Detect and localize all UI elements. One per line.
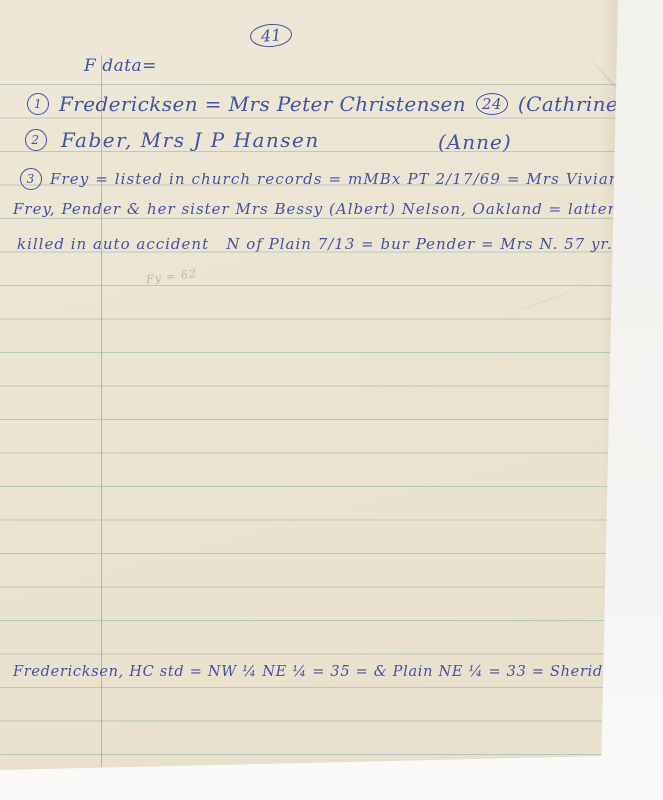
page-heading: F data=	[84, 56, 157, 76]
red-margin-line	[101, 55, 102, 767]
list-item-3-line-2: Frey, Pender & her sister Mrs Bessy (Alb…	[13, 200, 616, 218]
item-3-text-line-1: Frey = listed in church records = mMBx P…	[50, 170, 620, 188]
item-2-circled-marker: 2	[25, 129, 47, 151]
scanned-notebook-page: 41 F data= 1 Fredericksen = Mrs Peter Ch…	[0, 0, 663, 800]
list-item-3-line-3: killed in auto accident N of Plain 7/13 …	[17, 235, 613, 253]
list-item-1: 1 Fredericksen = Mrs Peter Christensen 2…	[27, 92, 626, 116]
list-item-3-line-1: 3 Frey = listed in church records = mMBx…	[20, 168, 620, 190]
page-number-circle: 41	[249, 23, 293, 49]
item-2-text: Faber, Mrs J P Hansen	[61, 128, 320, 152]
item-1-circled-reference: 24	[476, 93, 508, 115]
page-number: 41	[219, 5, 292, 66]
item-3-circled-marker: 3	[20, 168, 42, 190]
notebook-paper: 41 F data= 1 Fredericksen = Mrs Peter Ch…	[0, 0, 618, 770]
item-1-circled-marker: 1	[27, 93, 49, 115]
land-description-footer: Fredericksen, HC std = NW ¼ NE ¼ = 35 = …	[13, 664, 663, 680]
item-2-name-note: (Anne)	[438, 130, 512, 154]
item-1-name-note: (Cathrine)	[518, 92, 626, 116]
list-item-2: 2 Faber, Mrs J P Hansen	[25, 128, 320, 152]
item-1-text: Fredericksen = Mrs Peter Christensen	[59, 92, 466, 116]
